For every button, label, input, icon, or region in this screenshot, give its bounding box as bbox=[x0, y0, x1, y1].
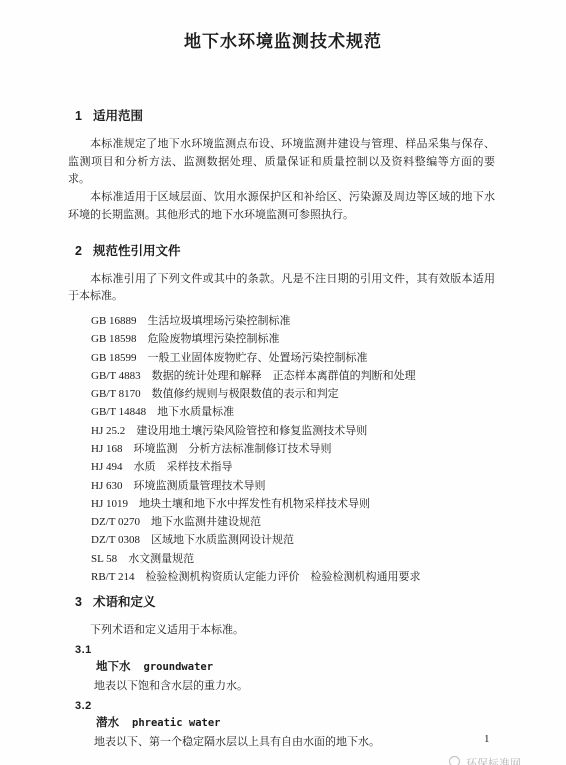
reference-code: RB/T 214 bbox=[91, 571, 135, 583]
reference-item: HJ 168环境监测 分析方法标准制修订技术导则 bbox=[91, 440, 495, 458]
reference-title: 水质 采样技术指导 bbox=[133, 461, 232, 473]
reference-item: GB 18599一般工业固体废物贮存、处置场污染控制标准 bbox=[91, 349, 495, 367]
reference-item: GB/T 8170数值修约规则与极限数值的表示和判定 bbox=[91, 385, 495, 403]
section-number: 3 bbox=[75, 595, 82, 609]
reference-code: DZ/T 0308 bbox=[91, 534, 140, 546]
clause-number: 3.1 bbox=[75, 642, 495, 658]
term-zh: 地下水 bbox=[96, 661, 131, 673]
reference-title: 地下水监测井建设规范 bbox=[151, 516, 261, 528]
term-en: phreatic water bbox=[132, 717, 221, 729]
document-page: 地下水环境监测技术规范 1适用范围 本标准规定了地下水环境监测点布设、环境监测井… bbox=[0, 0, 566, 765]
reference-code: HJ 630 bbox=[91, 480, 122, 492]
paragraph: 本标准规定了地下水环境监测点布设、环境监测井建设与管理、样品采集与保存、监测项目… bbox=[68, 136, 495, 189]
watermark-logo-icon bbox=[449, 756, 460, 765]
reference-item: DZ/T 0270地下水监测井建设规范 bbox=[91, 513, 495, 531]
watermark-text: 环保标准网 bbox=[466, 755, 521, 765]
reference-title: 数值修约规则与极限数值的表示和判定 bbox=[152, 388, 339, 400]
watermark: 环保标准网 bbox=[449, 755, 521, 765]
reference-item: HJ 494水质 采样技术指导 bbox=[91, 458, 495, 476]
reference-code: GB 18598 bbox=[91, 333, 137, 345]
reference-code: GB 16889 bbox=[91, 315, 137, 327]
reference-code: HJ 1019 bbox=[91, 498, 128, 510]
reference-code: HJ 168 bbox=[91, 443, 122, 455]
reference-code: GB 18599 bbox=[91, 352, 137, 364]
reference-title: 建设用地土壤污染风险管控和修复监测技术导则 bbox=[136, 425, 367, 437]
reference-code: HJ 494 bbox=[91, 461, 122, 473]
term-definition: 地表以下、第一个稳定隔水层以上具有自由水面的地下水。 bbox=[94, 733, 495, 752]
page-title: 地下水环境监测技术规范 bbox=[0, 0, 566, 53]
section-heading-terms-definitions: 3术语和定义 bbox=[75, 595, 495, 609]
reference-item: GB 18598危险废物填埋污染控制标准 bbox=[91, 330, 495, 348]
reference-title: 水文测量规范 bbox=[128, 553, 194, 565]
reference-code: SL 58 bbox=[91, 553, 117, 565]
document-content: 1适用范围 本标准规定了地下水环境监测点布设、环境监测井建设与管理、样品采集与保… bbox=[68, 109, 495, 752]
section-terms-intro: 下列术语和定义适用于本标准。 bbox=[68, 622, 495, 640]
term-block: 3.2 潜水phreatic water 地表以下、第一个稳定隔水层以上具有自由… bbox=[68, 698, 495, 752]
clause-number: 3.2 bbox=[75, 698, 495, 714]
reference-code: GB/T 4883 bbox=[91, 370, 141, 382]
reference-title: 一般工业固体废物贮存、处置场污染控制标准 bbox=[148, 352, 368, 364]
reference-title: 生活垃圾填埋场污染控制标准 bbox=[148, 315, 291, 327]
term-block: 3.1 地下水groundwater 地表以下饱和含水层的重力水。 bbox=[68, 642, 495, 696]
reference-title: 地下水质量标准 bbox=[157, 406, 234, 418]
reference-title: 地块土壤和地下水中挥发性有机物采样技术导则 bbox=[139, 498, 370, 510]
reference-list: GB 16889生活垃圾填埋场污染控制标准 GB 18598危险废物填埋污染控制… bbox=[91, 312, 495, 586]
reference-title: 危险废物填埋污染控制标准 bbox=[148, 333, 280, 345]
section-heading-scope: 1适用范围 bbox=[75, 109, 495, 123]
paragraph: 本标准适用于区域层面、饮用水源保护区和补给区、污染源及周边等区域的地下水环境的长… bbox=[68, 189, 495, 224]
reference-item: RB/T 214检验检测机构资质认定能力评价 检验检测机构通用要求 bbox=[91, 568, 495, 586]
term-definition: 地表以下饱和含水层的重力水。 bbox=[94, 677, 495, 696]
reference-item: GB/T 4883数据的统计处理和解释 正态样本离群值的判断和处理 bbox=[91, 367, 495, 385]
section-references-intro: 本标准引用了下列文件或其中的条款。凡是不注日期的引用文件，其有效版本适用于本标准… bbox=[68, 271, 495, 306]
term-en: groundwater bbox=[144, 661, 214, 673]
term-line: 地下水groundwater bbox=[96, 658, 495, 677]
reference-item: GB 16889生活垃圾填埋场污染控制标准 bbox=[91, 312, 495, 330]
reference-item: HJ 1019地块土壤和地下水中挥发性有机物采样技术导则 bbox=[91, 495, 495, 513]
section-title: 术语和定义 bbox=[93, 595, 156, 609]
reference-title: 数据的统计处理和解释 正态样本离群值的判断和处理 bbox=[152, 370, 416, 382]
reference-code: GB/T 8170 bbox=[91, 388, 141, 400]
reference-code: HJ 25.2 bbox=[91, 425, 125, 437]
reference-title: 区域地下水质监测网设计规范 bbox=[151, 534, 294, 546]
reference-item: DZ/T 0308区域地下水质监测网设计规范 bbox=[91, 531, 495, 549]
term-line: 潜水phreatic water bbox=[96, 714, 495, 733]
section-scope-body: 本标准规定了地下水环境监测点布设、环境监测井建设与管理、样品采集与保存、监测项目… bbox=[68, 136, 495, 225]
reference-code: GB/T 14848 bbox=[91, 406, 146, 418]
reference-item: HJ 25.2建设用地土壤污染风险管控和修复监测技术导则 bbox=[91, 422, 495, 440]
paragraph: 下列术语和定义适用于本标准。 bbox=[68, 622, 495, 640]
term-zh: 潜水 bbox=[96, 717, 119, 729]
section-title: 适用范围 bbox=[93, 109, 143, 123]
section-number: 1 bbox=[75, 109, 82, 123]
reference-item: SL 58水文测量规范 bbox=[91, 550, 495, 568]
reference-title: 检验检测机构资质认定能力评价 检验检测机构通用要求 bbox=[146, 571, 421, 583]
reference-code: DZ/T 0270 bbox=[91, 516, 140, 528]
reference-item: HJ 630环境监测质量管理技术导则 bbox=[91, 477, 495, 495]
reference-item: GB/T 14848地下水质量标准 bbox=[91, 403, 495, 421]
section-heading-normative-references: 2规范性引用文件 bbox=[75, 244, 495, 258]
paragraph: 本标准引用了下列文件或其中的条款。凡是不注日期的引用文件，其有效版本适用于本标准… bbox=[68, 271, 495, 306]
reference-title: 环境监测 分析方法标准制修订技术导则 bbox=[133, 443, 331, 455]
page-number: 1 bbox=[484, 733, 490, 745]
section-title: 规范性引用文件 bbox=[93, 244, 181, 258]
terms-list: 3.1 地下水groundwater 地表以下饱和含水层的重力水。 3.2 潜水… bbox=[68, 642, 495, 752]
reference-title: 环境监测质量管理技术导则 bbox=[133, 480, 265, 492]
section-number: 2 bbox=[75, 244, 82, 258]
